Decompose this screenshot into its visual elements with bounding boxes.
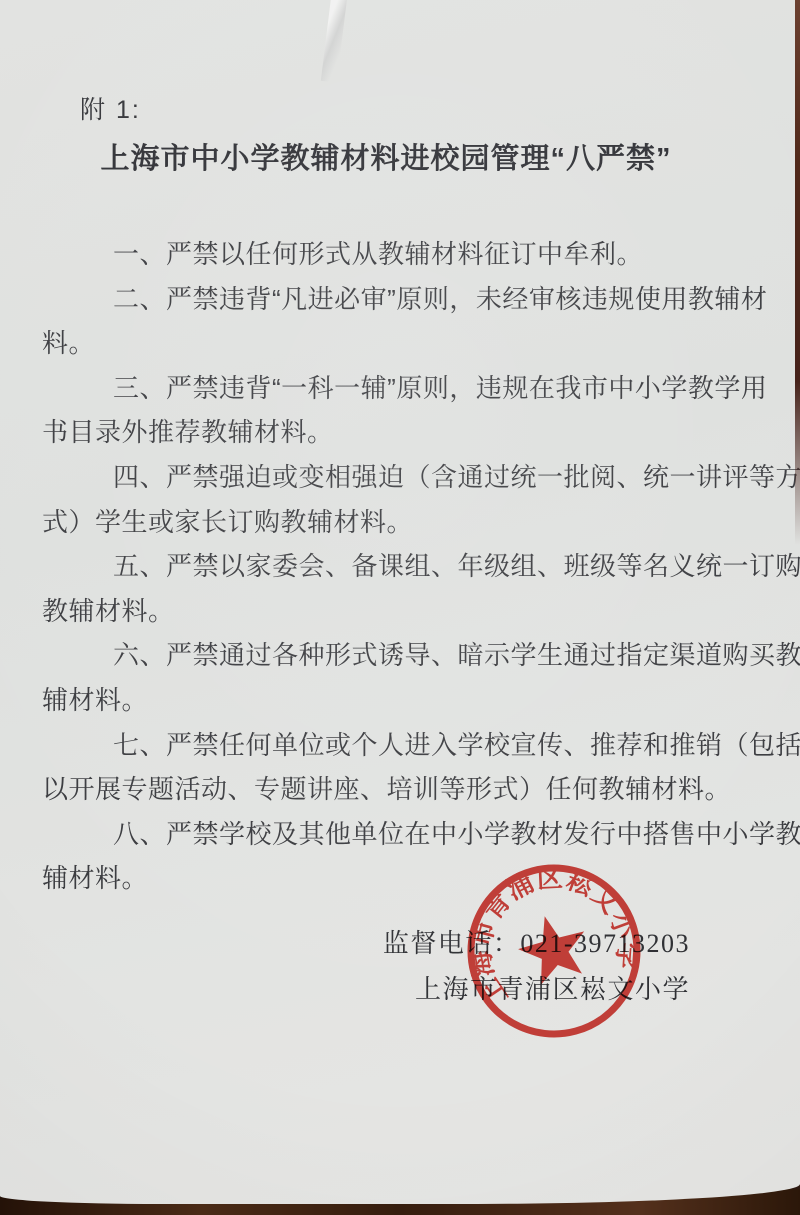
doc-line: 三、严禁违背“一科一辅”原则，违规在我市中小学教学用 — [42, 366, 758, 411]
doc-line: 教辅材料。 — [42, 589, 758, 634]
doc-line: 一、严禁以任何形式从教辅材料征订中牟利。 — [42, 232, 758, 277]
doc-line: 五、严禁以家委会、备课组、年级组、班级等名义统一订购 — [42, 544, 758, 589]
photo-background: 附 1: 上海市中小学教辅材料进校园管理“八严禁” 一、严禁以任何形式从教辅材料… — [0, 0, 800, 1215]
doc-line: 辅材料。 — [42, 678, 758, 723]
doc-line: 四、严禁强迫或变相强迫（含通过统一批阅、统一讲评等方 — [42, 455, 758, 500]
doc-line: 七、严禁任何单位或个人进入学校宣传、推荐和推销（包括 — [42, 723, 758, 768]
doc-line: 六、严禁通过各种形式诱导、暗示学生通过指定渠道购买教 — [42, 633, 758, 678]
doc-line: 书目录外推荐教辅材料。 — [42, 410, 758, 455]
doc-body: 一、严禁以任何形式从教辅材料征订中牟利。二、严禁违背“凡进必审”原则，未经审核违… — [42, 232, 758, 901]
paper: 附 1: 上海市中小学教辅材料进校园管理“八严禁” 一、严禁以任何形式从教辅材料… — [0, 0, 800, 1204]
star-icon — [512, 907, 595, 988]
doc-line: 以开展专题活动、专题讲座、培训等形式）任何教辅材料。 — [42, 767, 758, 812]
paper-crease — [321, 0, 347, 83]
doc-line: 辅材料。 — [42, 856, 758, 901]
doc-line: 式）学生或家长订购教辅材料。 — [42, 500, 758, 545]
doc-line: 料。 — [42, 321, 758, 366]
attachment-label: 附 1: — [80, 90, 141, 126]
doc-title: 上海市中小学教辅材料进校园管理“八严禁” — [0, 136, 786, 177]
background-edge-right — [795, 0, 800, 545]
doc-line: 二、严禁违背“凡进必审”原则，未经审核违规使用教辅材 — [42, 277, 758, 322]
doc-line: 八、严禁学校及其他单位在中小学教材发行中搭售中小学教 — [42, 812, 758, 857]
